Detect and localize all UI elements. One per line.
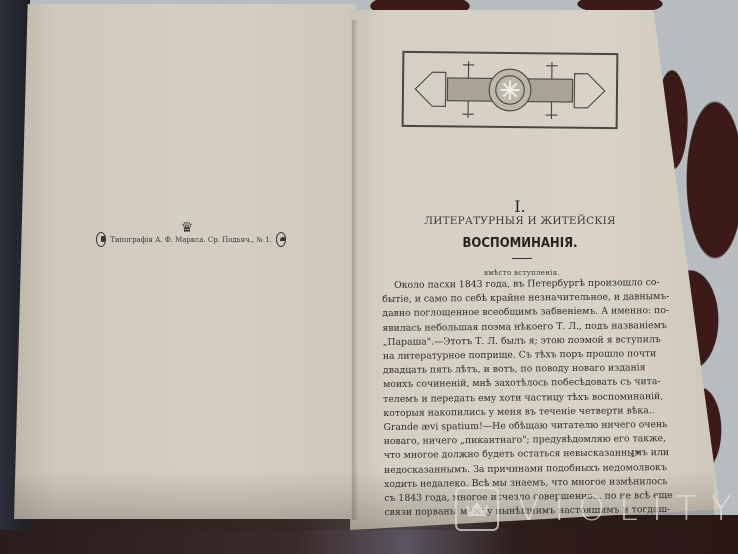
chapter-number: I. [430, 197, 610, 216]
printer-seal-icon [96, 232, 106, 247]
page-number: 1* [630, 450, 640, 460]
watermark-brand: VIOLITY [517, 489, 738, 529]
section-subheading: вмѣсто вступленія. [472, 269, 572, 277]
left-page [14, 4, 356, 519]
chapter-subtitle: ЛИТЕРАТУРНЫЯ И ЖИТЕЙСКІЯ [420, 215, 620, 227]
ornament-icon [404, 53, 617, 127]
crown-icon [455, 487, 499, 531]
ornamental-headpiece [402, 51, 619, 129]
book-gutter [352, 20, 358, 520]
heading-rule [512, 258, 532, 259]
imprint-text: Типографія А. Ф. Маркса. Ср. Подьяч., № … [110, 236, 272, 244]
violity-watermark: VIOLITY [455, 485, 738, 533]
printer-imprint: Типографія А. Ф. Маркса. Ср. Подьяч., № … [96, 232, 286, 247]
chapter-title: ВОСПОМИНАНІЯ. [430, 236, 610, 251]
body-text: Около пасхи 1843 года, въ Петербургѣ про… [382, 276, 675, 520]
medal-icon [276, 232, 286, 247]
